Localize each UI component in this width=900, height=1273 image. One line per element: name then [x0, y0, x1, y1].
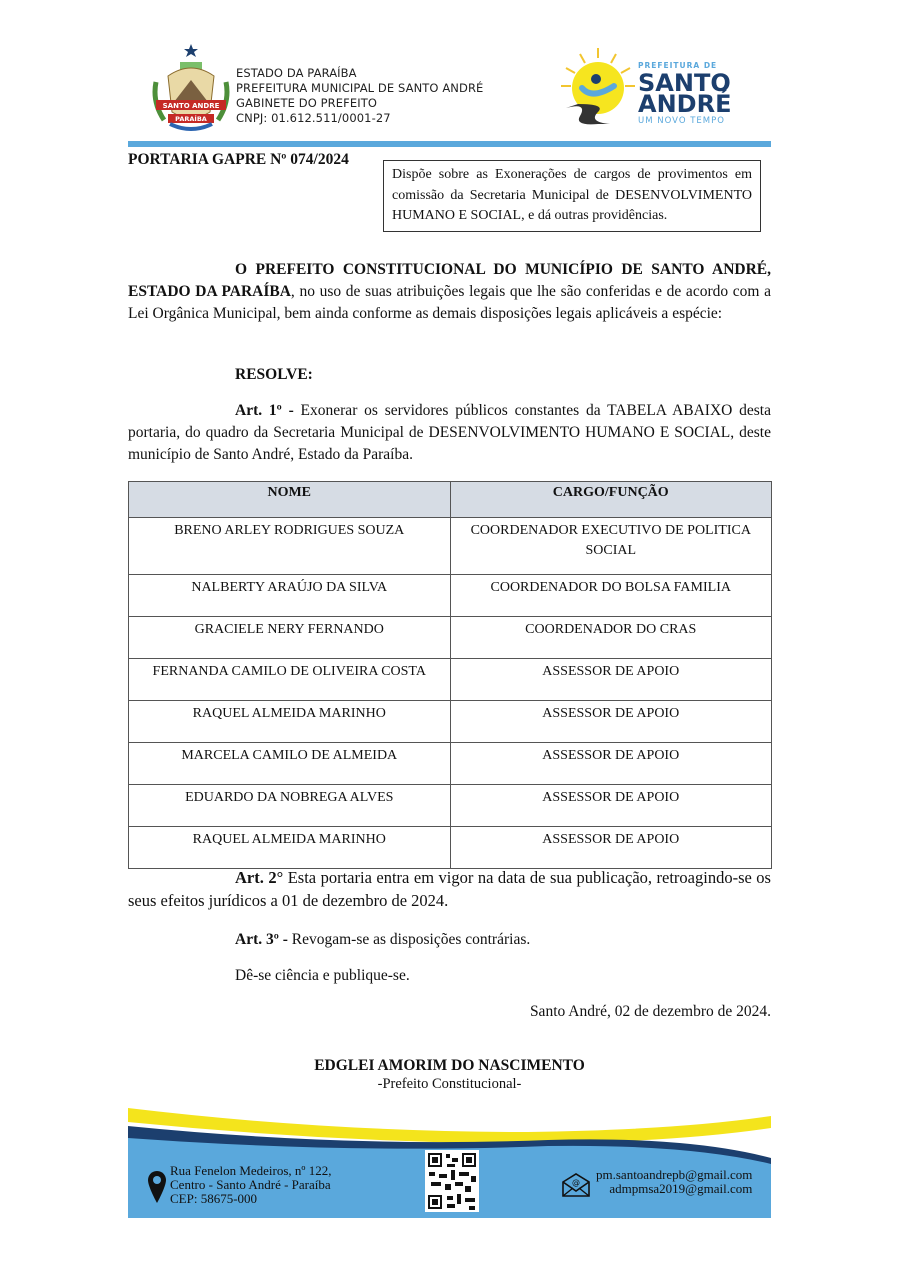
svg-text:UM NOVO TEMPO: UM NOVO TEMPO [638, 116, 725, 126]
qr-code-icon[interactable] [425, 1150, 479, 1212]
article-2-label: Art. 2° [235, 868, 283, 887]
table-row: MARCELA CAMILO DE ALMEIDAASSESSOR DE APO… [129, 743, 772, 785]
header-line-cnpj: CNPJ: 01.612.511/0001-27 [236, 111, 483, 126]
email-envelope-icon: @ [561, 1172, 591, 1198]
header-line-gabinete: GABINETE DO PREFEITO [236, 96, 483, 111]
cell-nome: GRACIELE NERY FERNANDO [129, 617, 451, 659]
closing-text: Dê-se ciência e publique-se. [128, 965, 771, 987]
header-institution-text: ESTADO DA PARAÍBA PREFEITURA MUNICIPAL D… [236, 66, 483, 126]
cell-cargo: ASSESSOR DE APOIO [450, 785, 772, 827]
header-divider [128, 141, 771, 147]
address-line-2: Centro - Santo André - Paraíba [170, 1178, 331, 1192]
cell-cargo: COORDENADOR DO CRAS [450, 617, 772, 659]
header-line-prefeitura: PREFEITURA MUNICIPAL DE SANTO ANDRÉ [236, 81, 483, 96]
cell-nome: EDUARDO DA NOBREGA ALVES [129, 785, 451, 827]
header-line-state: ESTADO DA PARAÍBA [236, 66, 483, 81]
cell-cargo: COORDENADOR DO BOLSA FAMILIA [450, 575, 772, 617]
article-3-text: Revogam-se as disposições contrárias. [288, 931, 530, 948]
table-row: NALBERTY ARAÚJO DA SILVACOORDENADOR DO B… [129, 575, 772, 617]
table-row: BRENO ARLEY RODRIGUES SOUZACOORDENADOR E… [129, 518, 772, 575]
svg-text:PARAÍBA: PARAÍBA [175, 114, 207, 123]
article-3-label: Art. 3º - [235, 931, 288, 948]
table-row: RAQUEL ALMEIDA MARINHOASSESSOR DE APOIO [129, 827, 772, 869]
cell-nome: FERNANDA CAMILO DE OLIVEIRA COSTA [129, 659, 451, 701]
place-date: Santo André, 02 de dezembro de 2024. [128, 1001, 771, 1023]
cell-nome: RAQUEL ALMEIDA MARINHO [129, 701, 451, 743]
svg-text:ANDRÉ: ANDRÉ [638, 89, 731, 118]
cell-nome: BRENO ARLEY RODRIGUES SOUZA [129, 518, 451, 575]
svg-text:SANTO ANDRE: SANTO ANDRE [163, 102, 220, 110]
column-header-cargo: CARGO/FUNÇÃO [450, 482, 772, 518]
table-row: FERNANDA CAMILO DE OLIVEIRA COSTAASSESSO… [129, 659, 772, 701]
signer-name: EDGLEI AMORIM DO NASCIMENTO [128, 1057, 771, 1075]
cell-nome: MARCELA CAMILO DE ALMEIDA [129, 743, 451, 785]
cell-cargo: COORDENADOR EXECUTIVO DE POLITICA SOCIAL [450, 518, 772, 575]
santo-andre-logo-icon: PREFEITURA DE SANTO ANDRÉ UM NOVO TEMPO [558, 46, 758, 128]
cell-nome: NALBERTY ARAÚJO DA SILVA [129, 575, 451, 617]
exoneration-table: NOME CARGO/FUNÇÃO BRENO ARLEY RODRIGUES … [128, 481, 772, 869]
email-secondary[interactable]: admpmsa2019@gmail.com [596, 1182, 752, 1196]
address-line-3: CEP: 58675-000 [170, 1192, 331, 1206]
column-header-nome: NOME [129, 482, 451, 518]
preamble: O PREFEITO CONSTITUCIONAL DO MUNICÍPIO D… [128, 259, 771, 325]
ementa-box: Dispõe sobre as Exonerações de cargos de… [383, 160, 761, 232]
email-primary[interactable]: pm.santoandrepb@gmail.com [596, 1168, 752, 1182]
footer-emails: pm.santoandrepb@gmail.com admpmsa2019@gm… [596, 1168, 752, 1196]
table-row: RAQUEL ALMEIDA MARINHOASSESSOR DE APOIO [129, 701, 772, 743]
article-1: Art. 1º - Exonerar os servidores público… [128, 400, 771, 466]
document-title: PORTARIA GAPRE Nº 074/2024 [128, 151, 349, 169]
article-2-text: Esta portaria entra em vigor na data de … [128, 868, 771, 910]
article-1-label: Art. 1º - [235, 402, 294, 419]
resolve-heading: RESOLVE: [128, 364, 771, 386]
cell-cargo: ASSESSOR DE APOIO [450, 743, 772, 785]
municipal-crest-icon: SANTO ANDRE PARAÍBA [150, 42, 232, 132]
table-row: EDUARDO DA NOBREGA ALVESASSESSOR DE APOI… [129, 785, 772, 827]
footer-address: Rua Fenelon Medeiros, nº 122, Centro - S… [170, 1164, 331, 1206]
location-pin-icon [147, 1170, 167, 1204]
cell-cargo: ASSESSOR DE APOIO [450, 659, 772, 701]
cell-cargo: ASSESSOR DE APOIO [450, 827, 772, 869]
cell-cargo: ASSESSOR DE APOIO [450, 701, 772, 743]
svg-text:@: @ [572, 1178, 580, 1187]
signer-role: -Prefeito Constitucional- [128, 1076, 771, 1093]
article-2: Art. 2° Esta portaria entra em vigor na … [128, 866, 771, 912]
cell-nome: RAQUEL ALMEIDA MARINHO [129, 827, 451, 869]
article-3: Art. 3º - Revogam-se as disposições cont… [128, 929, 771, 951]
article-1-text: Exonerar os servidores públicos constant… [128, 402, 771, 463]
table-row: GRACIELE NERY FERNANDOCOORDENADOR DO CRA… [129, 617, 772, 659]
address-line-1: Rua Fenelon Medeiros, nº 122, [170, 1164, 331, 1178]
